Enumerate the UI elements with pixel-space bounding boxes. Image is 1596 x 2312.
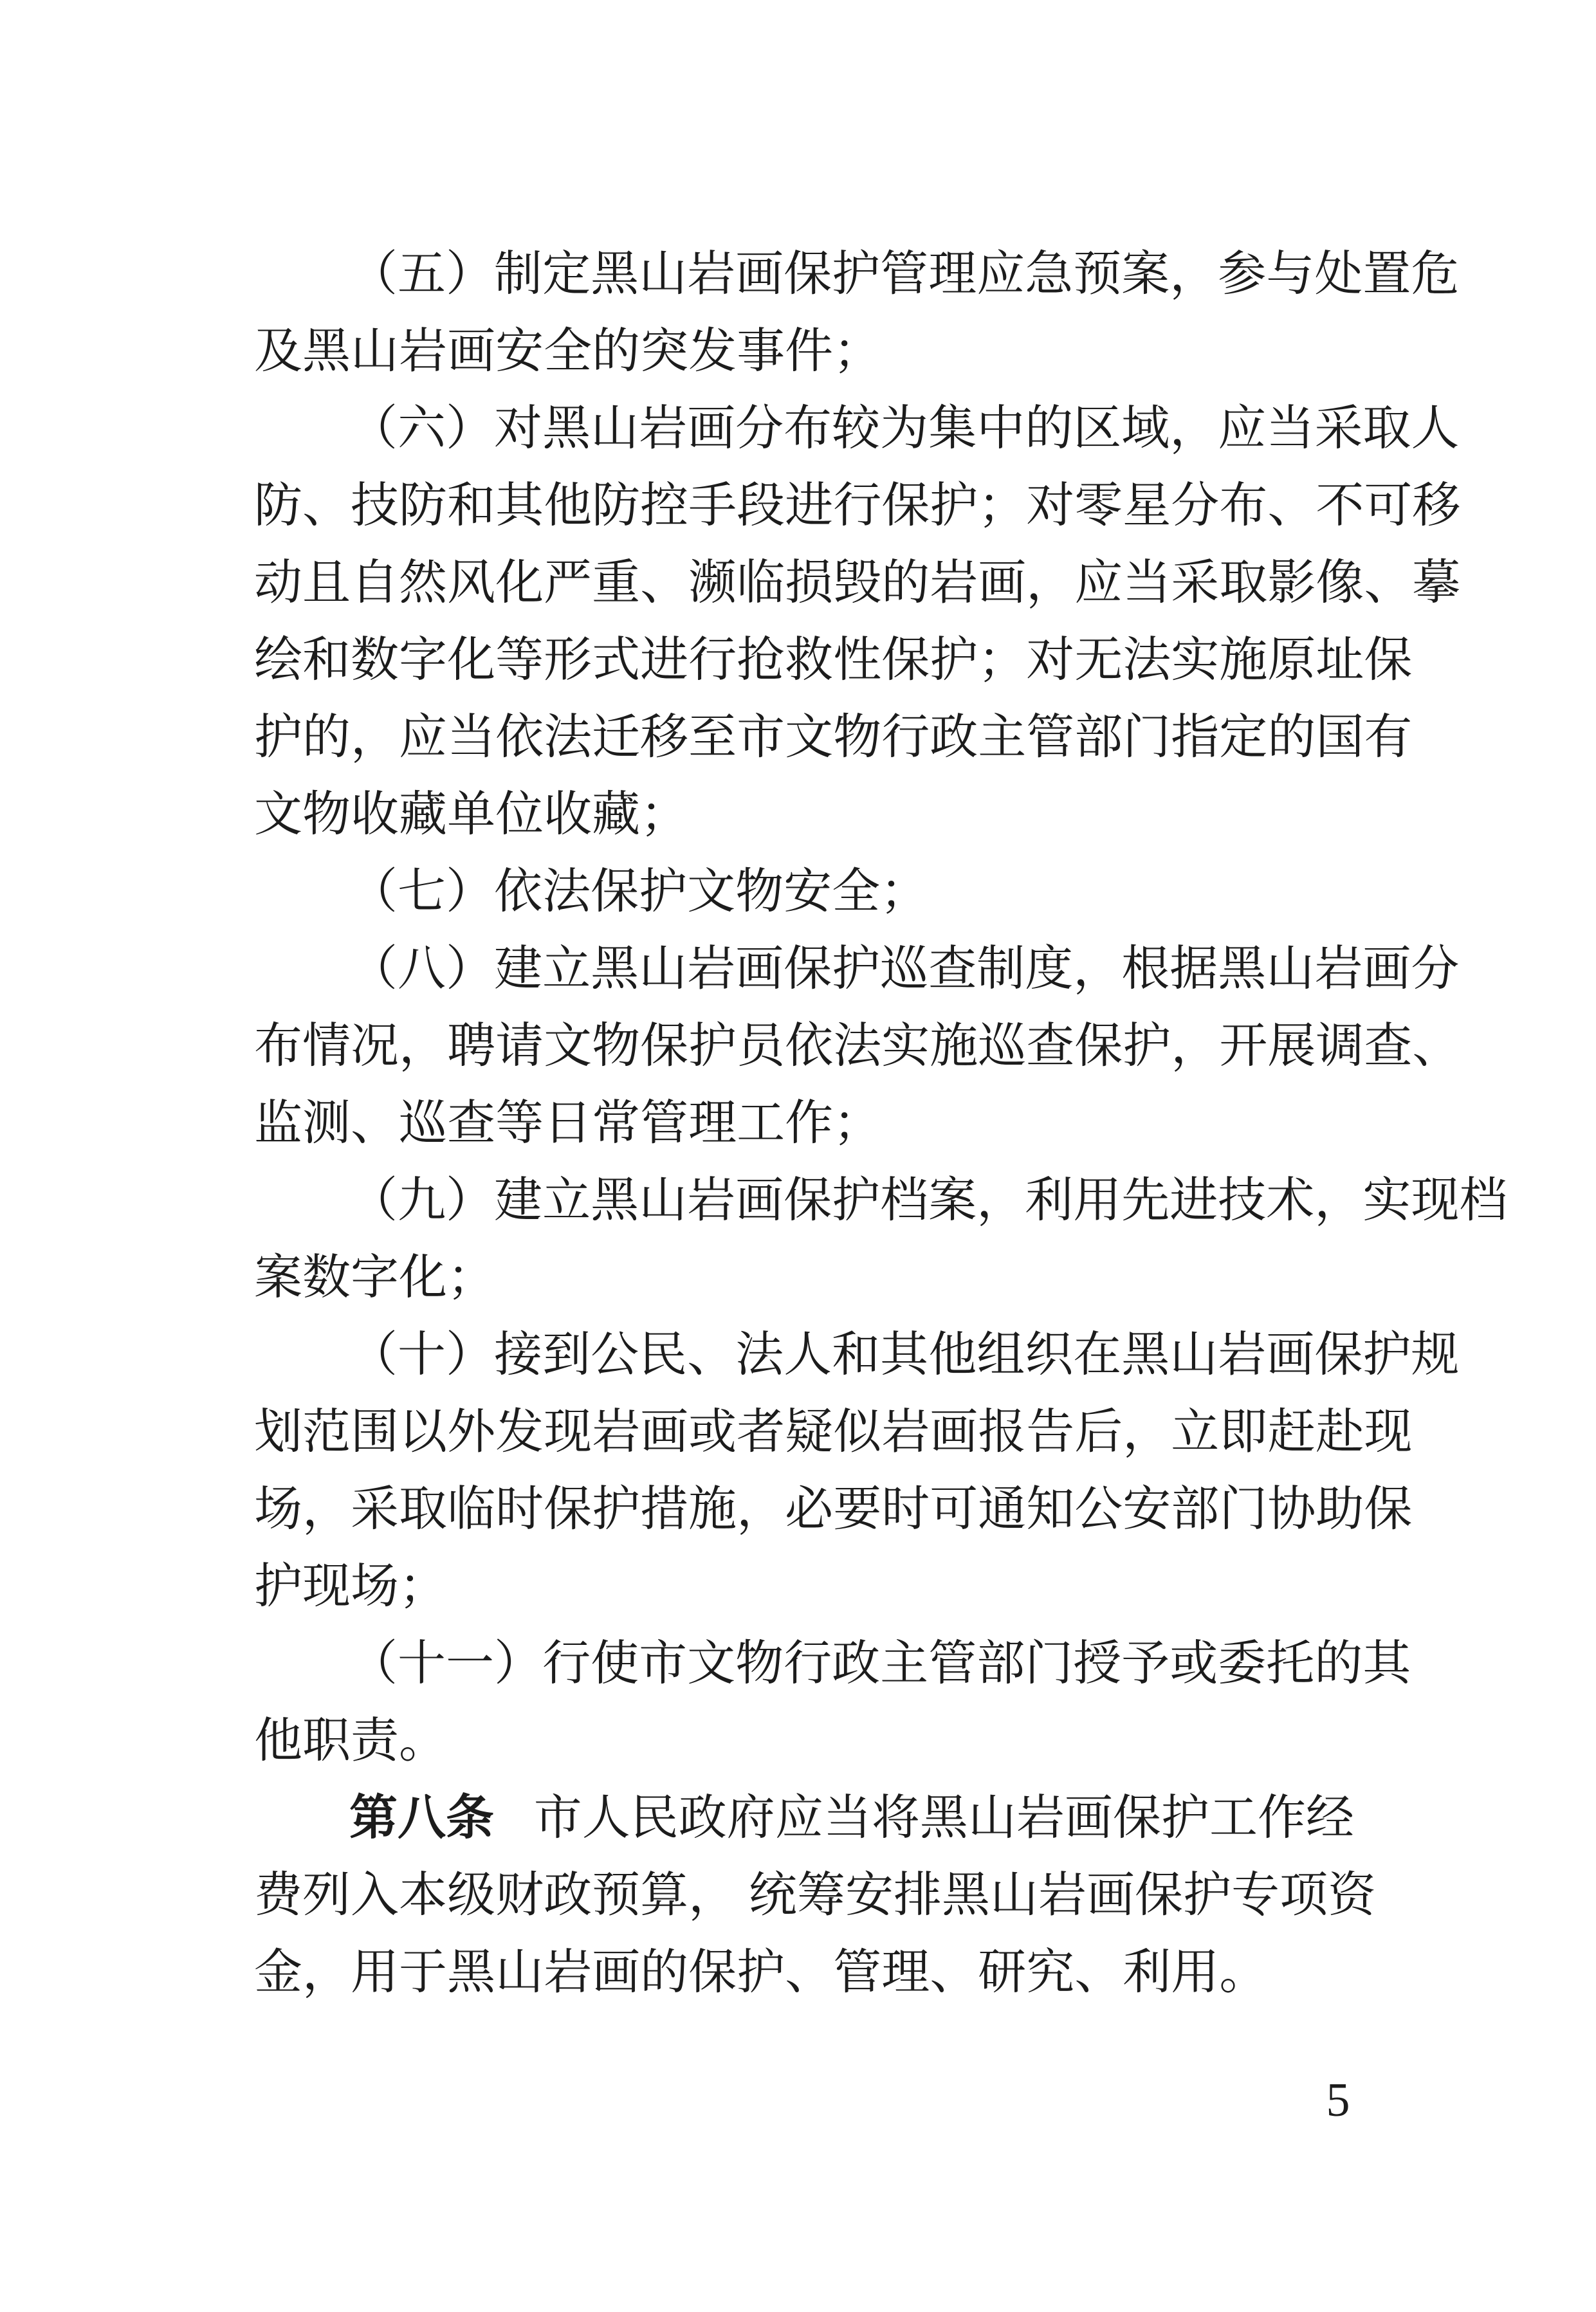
text-char: 护 bbox=[592, 1471, 640, 1548]
text-char: 人 bbox=[784, 1317, 832, 1394]
text-char: 件 bbox=[785, 313, 833, 390]
text-line: 他职责。 bbox=[254, 1703, 1354, 1780]
text-char: 和 bbox=[447, 468, 495, 545]
text-char: 采 bbox=[351, 1471, 399, 1548]
text-char: 依 bbox=[494, 854, 542, 931]
text-char: 、 bbox=[1412, 1008, 1460, 1085]
text-char: 山 bbox=[639, 1162, 687, 1240]
text-char: 措 bbox=[640, 1471, 688, 1548]
text-char: ， bbox=[302, 1471, 351, 1548]
text-line: （八）建立黑山岩画保护巡查制度，根据黑山岩画分 bbox=[349, 931, 1354, 1008]
text-char: 用 bbox=[1073, 1162, 1121, 1240]
text-char: 第 bbox=[349, 1780, 398, 1857]
text-line: 费列入本级财政预算， 统筹安排黑山岩画保护专项资 bbox=[254, 1857, 1354, 1934]
text-char: 开 bbox=[1219, 1008, 1267, 1085]
text-char: 即 bbox=[1219, 1394, 1267, 1471]
text-char: 段 bbox=[737, 468, 785, 545]
text-char: 画 bbox=[735, 236, 784, 313]
text-char: 理 bbox=[688, 1085, 737, 1162]
text-char: 制 bbox=[494, 236, 542, 313]
text-char: 情 bbox=[302, 1008, 351, 1085]
text-char: 保 bbox=[688, 1934, 737, 2012]
text-char: ， bbox=[1171, 1008, 1219, 1085]
text-char: 等 bbox=[495, 622, 544, 699]
text-char: ） bbox=[446, 854, 494, 931]
text-char: 场 bbox=[351, 1548, 399, 1626]
text-char: 文 bbox=[687, 854, 735, 931]
text-char: 字 bbox=[351, 1240, 399, 1317]
text-char: 护 bbox=[254, 699, 302, 776]
text-char: 山 bbox=[495, 1934, 544, 2012]
text-char: 全 bbox=[832, 854, 880, 931]
text-char: 市 bbox=[534, 1780, 582, 1857]
text-char: 山 bbox=[1169, 1317, 1218, 1394]
text-char: 保 bbox=[1314, 1317, 1362, 1394]
text-char: 。 bbox=[1219, 1934, 1267, 2012]
text-char: 应 bbox=[1218, 390, 1266, 468]
text-char: 至 bbox=[688, 699, 737, 776]
text-char: 托 bbox=[1266, 1626, 1314, 1703]
text-line: 划范围以外发现岩画或者疑似岩画报告后，立即赶赴现 bbox=[254, 1394, 1354, 1471]
text-char: 现 bbox=[1364, 1394, 1412, 1471]
text-char: ） bbox=[446, 390, 494, 468]
text-char: 似 bbox=[833, 1394, 881, 1471]
text-line: 护的，应当依法迁移至市文物行政主管部门指定的国有 bbox=[254, 699, 1354, 776]
text-char: 织 bbox=[1025, 1317, 1073, 1394]
text-char: 项 bbox=[1280, 1857, 1328, 1934]
text-char: 参 bbox=[1218, 236, 1266, 313]
text-char: 黑 bbox=[591, 1162, 639, 1240]
text-char: 的 bbox=[592, 313, 640, 390]
text-char: 规 bbox=[1411, 1317, 1459, 1394]
text-char: 黑 bbox=[1121, 1317, 1169, 1394]
text-char: 现 bbox=[544, 1394, 592, 1471]
text-char: 化 bbox=[399, 1240, 447, 1317]
text-char: 研 bbox=[978, 1934, 1026, 2012]
text-char: 告 bbox=[1026, 1394, 1074, 1471]
text-char: 布 bbox=[1219, 468, 1267, 545]
text-char: 监 bbox=[254, 1085, 302, 1162]
text-char: 组 bbox=[977, 1317, 1025, 1394]
text-char: 区 bbox=[1073, 390, 1121, 468]
text-char: 对 bbox=[1026, 622, 1074, 699]
text-char: 算 bbox=[640, 1857, 688, 1934]
text-char: 立 bbox=[542, 931, 591, 1008]
text-char: 六 bbox=[398, 390, 446, 468]
text-char: ） bbox=[446, 1317, 494, 1394]
text-line: 第八条 市人民政府应当将黑山岩画保护工作经 bbox=[349, 1780, 1354, 1857]
text-char: 者 bbox=[737, 1394, 785, 1471]
text-char: 、 bbox=[1074, 1934, 1123, 2012]
text-char: ） bbox=[446, 931, 494, 1008]
text-char: （ bbox=[349, 931, 398, 1008]
text-char: 术 bbox=[1266, 1162, 1314, 1240]
text-char: 严 bbox=[544, 545, 592, 622]
text-char: 行 bbox=[881, 699, 930, 776]
text-char: 保 bbox=[640, 1008, 688, 1085]
text-char: 山 bbox=[968, 1780, 1016, 1857]
text-char: 府 bbox=[727, 1780, 775, 1857]
text-char: 予 bbox=[1121, 1626, 1169, 1703]
text-char: 的 bbox=[881, 545, 930, 622]
text-char: 级 bbox=[447, 1857, 495, 1934]
text-char: 利 bbox=[1123, 1934, 1171, 2012]
text-char: 像 bbox=[1316, 545, 1364, 622]
text-char: 重 bbox=[592, 545, 640, 622]
text-char: 他 bbox=[928, 1317, 977, 1394]
text-char: 采 bbox=[1171, 545, 1219, 622]
text-char: 防 bbox=[254, 468, 302, 545]
text-char: 其 bbox=[1362, 1626, 1411, 1703]
text-char: 黑 bbox=[302, 313, 351, 390]
text-char: 文 bbox=[254, 776, 302, 854]
text-char: 七 bbox=[398, 854, 446, 931]
text-char: 建 bbox=[494, 931, 542, 1008]
text-char: 画 bbox=[1266, 1317, 1314, 1394]
text-char: 护 bbox=[688, 1008, 737, 1085]
text-char: 列 bbox=[302, 1857, 351, 1934]
text-line: 及黑山岩画安全的突发事件； bbox=[254, 313, 1354, 390]
text-char: 行 bbox=[833, 468, 881, 545]
text-char: ， bbox=[737, 1471, 785, 1548]
text-char: 、 bbox=[1267, 468, 1316, 545]
text-char: 岩 bbox=[1314, 931, 1362, 1008]
text-char: 据 bbox=[1169, 931, 1218, 1008]
text-char: ， bbox=[351, 699, 399, 776]
text-column: （五）制定黑山岩画保护管理应急预案，参与处置危及黑山岩画安全的突发事件；（六）对… bbox=[254, 236, 1354, 2012]
text-char: 护 bbox=[639, 854, 687, 931]
text-char: 费 bbox=[254, 1857, 302, 1934]
text-char: 与 bbox=[1266, 236, 1314, 313]
text-char: 岩 bbox=[1038, 1857, 1087, 1934]
text-char: （ bbox=[349, 236, 398, 313]
text-char: 案 bbox=[1121, 236, 1169, 313]
text-line: （九）建立黑山岩画保护档案，利用先进技术，实现档 bbox=[349, 1162, 1354, 1240]
text-char: 控 bbox=[640, 468, 688, 545]
text-char: ； bbox=[399, 1548, 447, 1626]
text-char: 濒 bbox=[688, 545, 737, 622]
text-char: 保 bbox=[1364, 1471, 1412, 1548]
text-char: 技 bbox=[1218, 1162, 1266, 1240]
text-char: 护 bbox=[1123, 1008, 1171, 1085]
text-char: 护 bbox=[1183, 1857, 1231, 1934]
text-char: 门 bbox=[1025, 1626, 1073, 1703]
text-char: 文 bbox=[785, 699, 833, 776]
text-char: 进 bbox=[1169, 1162, 1218, 1240]
text-char: 于 bbox=[399, 1934, 447, 2012]
text-char: 等 bbox=[495, 1085, 544, 1162]
text-line: （七）依法保护文物安全； bbox=[349, 854, 1354, 931]
text-char: 护 bbox=[737, 1934, 785, 2012]
text-char: 处 bbox=[1314, 236, 1362, 313]
text-char: ， bbox=[1314, 1162, 1362, 1240]
text-char: 国 bbox=[1316, 699, 1364, 776]
text-char: 当 bbox=[447, 699, 495, 776]
text-char: 保 bbox=[1364, 622, 1412, 699]
text-char: 测 bbox=[302, 1085, 351, 1162]
text-char: 管 bbox=[1026, 699, 1074, 776]
text-char: 行 bbox=[542, 1626, 591, 1703]
text-char: 主 bbox=[880, 1626, 928, 1703]
text-char: 人 bbox=[582, 1780, 630, 1857]
text-char: 域 bbox=[1121, 390, 1169, 468]
text-char: 物 bbox=[302, 776, 351, 854]
text-line: 护现场； bbox=[254, 1548, 1354, 1626]
text-char: 形 bbox=[544, 622, 592, 699]
text-char: 安 bbox=[784, 854, 832, 931]
text-char: 利 bbox=[1025, 1162, 1073, 1240]
text-char: 风 bbox=[447, 545, 495, 622]
text-char: 岩 bbox=[544, 1934, 592, 2012]
text-line: （六）对黑山岩画分布较为集中的区域，应当采取人 bbox=[349, 390, 1354, 468]
text-line: 动且自然风化严重、濒临损毁的岩画，应当采取影像、摹 bbox=[254, 545, 1354, 622]
text-char: 金 bbox=[254, 1934, 302, 2012]
text-char: 委 bbox=[1218, 1626, 1266, 1703]
text-char: ； bbox=[447, 1240, 495, 1317]
text-char bbox=[737, 1857, 749, 1934]
text-char: （ bbox=[349, 1626, 398, 1703]
text-char: ， bbox=[1073, 931, 1121, 1008]
text-char: 展 bbox=[1267, 1008, 1316, 1085]
text-char: 及 bbox=[254, 313, 302, 390]
text-char: 对 bbox=[1026, 468, 1074, 545]
text-char: 发 bbox=[688, 313, 737, 390]
text-char: 影 bbox=[1267, 545, 1316, 622]
text-char: 工 bbox=[737, 1085, 785, 1162]
text-char: 护 bbox=[930, 468, 978, 545]
text-char: 岩 bbox=[1016, 1780, 1065, 1857]
text-char: 筹 bbox=[797, 1857, 845, 1934]
text-char: 动 bbox=[254, 545, 302, 622]
text-char: ； bbox=[978, 622, 1026, 699]
text-char: 可 bbox=[1364, 468, 1412, 545]
text-char: 员 bbox=[737, 1008, 785, 1085]
text-char: ， bbox=[1169, 390, 1218, 468]
text-char: 当 bbox=[1123, 545, 1171, 622]
text-char: 巡 bbox=[399, 1085, 447, 1162]
text-char: 取 bbox=[399, 1471, 447, 1548]
text-char: 毁 bbox=[833, 545, 881, 622]
text-char: 防 bbox=[399, 468, 447, 545]
text-char: 实 bbox=[881, 1008, 930, 1085]
text-char: 黑 bbox=[920, 1780, 968, 1857]
text-char: 无 bbox=[1074, 622, 1123, 699]
text-char: 调 bbox=[1316, 1008, 1364, 1085]
text-char: 人 bbox=[1411, 390, 1459, 468]
text-char: 画 bbox=[930, 1394, 978, 1471]
text-char: 、 bbox=[1364, 545, 1412, 622]
text-char: 先 bbox=[1121, 1162, 1169, 1240]
text-char: 岩 bbox=[881, 1394, 930, 1471]
text-char: 场 bbox=[254, 1471, 302, 1548]
text-char: 画 bbox=[592, 1934, 640, 2012]
text-char: 保 bbox=[1135, 1857, 1183, 1934]
text-char: 职 bbox=[302, 1703, 351, 1780]
text-char: ， bbox=[1123, 1394, 1171, 1471]
text-char: 发 bbox=[495, 1394, 544, 1471]
text-char: 用 bbox=[1171, 1934, 1219, 2012]
text-char: 门 bbox=[1219, 1471, 1267, 1548]
text-char: ， bbox=[977, 1162, 1025, 1240]
text-char: 作 bbox=[785, 1085, 833, 1162]
text-char: 保 bbox=[784, 931, 832, 1008]
text-line: 监测、巡查等日常管理工作； bbox=[254, 1085, 1354, 1162]
text-char: 保 bbox=[784, 1162, 832, 1240]
text-char: 民 bbox=[630, 1780, 679, 1857]
text-char: 取 bbox=[1219, 545, 1267, 622]
text-char: 藏 bbox=[399, 776, 447, 854]
text-char: 市 bbox=[737, 699, 785, 776]
text-char: 式 bbox=[592, 622, 640, 699]
text-char: 立 bbox=[1171, 1394, 1219, 1471]
text-char: 定 bbox=[542, 236, 591, 313]
text-char: 理 bbox=[928, 236, 977, 313]
text-char: 临 bbox=[447, 1471, 495, 1548]
text-char: 的 bbox=[1267, 699, 1316, 776]
text-char: ； bbox=[880, 854, 928, 931]
text-char: 技 bbox=[351, 468, 399, 545]
text-char: 较 bbox=[832, 390, 880, 468]
text-char: 。 bbox=[399, 1703, 447, 1780]
text-char: 安 bbox=[845, 1857, 894, 1934]
text-char: 中 bbox=[977, 390, 1025, 468]
text-char: 查 bbox=[1364, 1008, 1412, 1085]
text-char: 画 bbox=[978, 545, 1026, 622]
text-char: 况 bbox=[351, 1008, 399, 1085]
text-char: 护 bbox=[1161, 1780, 1209, 1857]
text-char: 山 bbox=[1266, 931, 1314, 1008]
text-char: 查 bbox=[928, 931, 977, 1008]
text-char: 分 bbox=[1411, 931, 1459, 1008]
text-char: 山 bbox=[351, 313, 399, 390]
text-char: 安 bbox=[495, 313, 544, 390]
text-char: 政 bbox=[544, 1857, 592, 1934]
text-char: 究 bbox=[1026, 1934, 1074, 2012]
text-char: 时 bbox=[881, 1471, 930, 1548]
text-char: 、 bbox=[351, 1085, 399, 1162]
text-char: 案 bbox=[928, 1162, 977, 1240]
text-char: 护 bbox=[832, 236, 880, 313]
text-char: 应 bbox=[775, 1780, 823, 1857]
text-char: 护 bbox=[1362, 1317, 1411, 1394]
text-char: 急 bbox=[1025, 236, 1073, 313]
text-char: 的 bbox=[1314, 1626, 1362, 1703]
text-char: 岩 bbox=[399, 313, 447, 390]
text-char: 应 bbox=[1074, 545, 1123, 622]
text-char: 疑 bbox=[785, 1394, 833, 1471]
text-char: 八 bbox=[398, 1780, 446, 1857]
text-char: （ bbox=[349, 854, 398, 931]
text-char: 政 bbox=[679, 1780, 727, 1857]
text-char: 请 bbox=[495, 1008, 544, 1085]
text-line: 场，采取临时保护措施，必要时可通知公安部门协助保 bbox=[254, 1471, 1354, 1548]
text-char: 可 bbox=[930, 1471, 978, 1548]
text-char: 、 bbox=[785, 1934, 833, 2012]
text-char: 置 bbox=[1362, 236, 1411, 313]
text-char: 岩 bbox=[639, 390, 687, 468]
text-char: ， bbox=[688, 1857, 737, 1934]
text-char: 通 bbox=[978, 1471, 1026, 1548]
text-line: 金，用于黑山岩画的保护、管理、研究、利用。 bbox=[254, 1934, 1354, 2012]
text-char: 十 bbox=[398, 1626, 446, 1703]
text-char: 时 bbox=[495, 1471, 544, 1548]
text-char: 主 bbox=[978, 699, 1026, 776]
text-char: 查 bbox=[447, 1085, 495, 1162]
text-char: ， bbox=[1169, 236, 1218, 313]
text-char: 物 bbox=[833, 699, 881, 776]
text-char: 政 bbox=[930, 699, 978, 776]
text-char: 知 bbox=[1026, 1471, 1074, 1548]
text-char: ， bbox=[1026, 545, 1074, 622]
text-char: 保 bbox=[1074, 1008, 1123, 1085]
text-char: 位 bbox=[495, 776, 544, 854]
text-char: 布 bbox=[784, 390, 832, 468]
text-line: 文物收藏单位收藏； bbox=[254, 776, 1354, 854]
text-char: 画 bbox=[640, 1394, 688, 1471]
text-char: 以 bbox=[399, 1394, 447, 1471]
text-char: 民 bbox=[639, 1317, 687, 1394]
text-char: 实 bbox=[1171, 622, 1219, 699]
text-char: ， bbox=[399, 1008, 447, 1085]
text-char: 他 bbox=[544, 468, 592, 545]
text-char: 授 bbox=[1073, 1626, 1121, 1703]
text-char: 预 bbox=[592, 1857, 640, 1934]
text-char: 护 bbox=[930, 622, 978, 699]
text-char: 集 bbox=[928, 390, 977, 468]
text-char: 手 bbox=[688, 468, 737, 545]
text-char: 且 bbox=[302, 545, 351, 622]
text-char: 聘 bbox=[447, 1008, 495, 1085]
text-char: 黑 bbox=[542, 390, 591, 468]
text-char: 画 bbox=[447, 313, 495, 390]
text-char: 保 bbox=[544, 1471, 592, 1548]
text-char: 本 bbox=[399, 1857, 447, 1934]
text-char: 布 bbox=[254, 1008, 302, 1085]
text-char: 常 bbox=[592, 1085, 640, 1162]
text-char: 的 bbox=[1025, 390, 1073, 468]
text-char: 财 bbox=[495, 1857, 544, 1934]
text-char: 档 bbox=[1459, 1162, 1507, 1240]
text-char: 数 bbox=[351, 622, 399, 699]
text-char: 预 bbox=[1073, 236, 1121, 313]
text-char: 责 bbox=[351, 1703, 399, 1780]
text-char: 范 bbox=[302, 1394, 351, 1471]
text-char: 对 bbox=[494, 390, 542, 468]
text-char: 然 bbox=[399, 545, 447, 622]
text-char: 化 bbox=[495, 545, 544, 622]
text-char: 案 bbox=[254, 1240, 302, 1317]
text-char: 画 bbox=[1362, 931, 1411, 1008]
text-char: （ bbox=[349, 390, 398, 468]
text-char: 围 bbox=[351, 1394, 399, 1471]
text-char: 画 bbox=[687, 390, 735, 468]
text-char: 有 bbox=[1364, 699, 1412, 776]
text-line: （十）接到公民、法人和其他组织在黑山岩画保护规 bbox=[349, 1317, 1354, 1394]
text-line: （十一）行使市文物行政主管部门授予或委托的其 bbox=[349, 1626, 1354, 1703]
text-char: 门 bbox=[1123, 699, 1171, 776]
text-char: 施 bbox=[1219, 622, 1267, 699]
text-char: 不 bbox=[1316, 468, 1364, 545]
text-char: 资 bbox=[1328, 1857, 1376, 1934]
text-line: 布情况，聘请文物保护员依法实施巡查保护，开展调查、 bbox=[254, 1008, 1354, 1085]
text-char: 他 bbox=[254, 1703, 302, 1780]
text-char: ） bbox=[494, 1626, 542, 1703]
text-char: 查 bbox=[1026, 1008, 1074, 1085]
text-char: 施 bbox=[930, 1008, 978, 1085]
text-char: 进 bbox=[785, 468, 833, 545]
page: （五）制定黑山岩画保护管理应急预案，参与处置危及黑山岩画安全的突发事件；（六）对… bbox=[0, 0, 1596, 2312]
text-char: 画 bbox=[1065, 1780, 1113, 1857]
